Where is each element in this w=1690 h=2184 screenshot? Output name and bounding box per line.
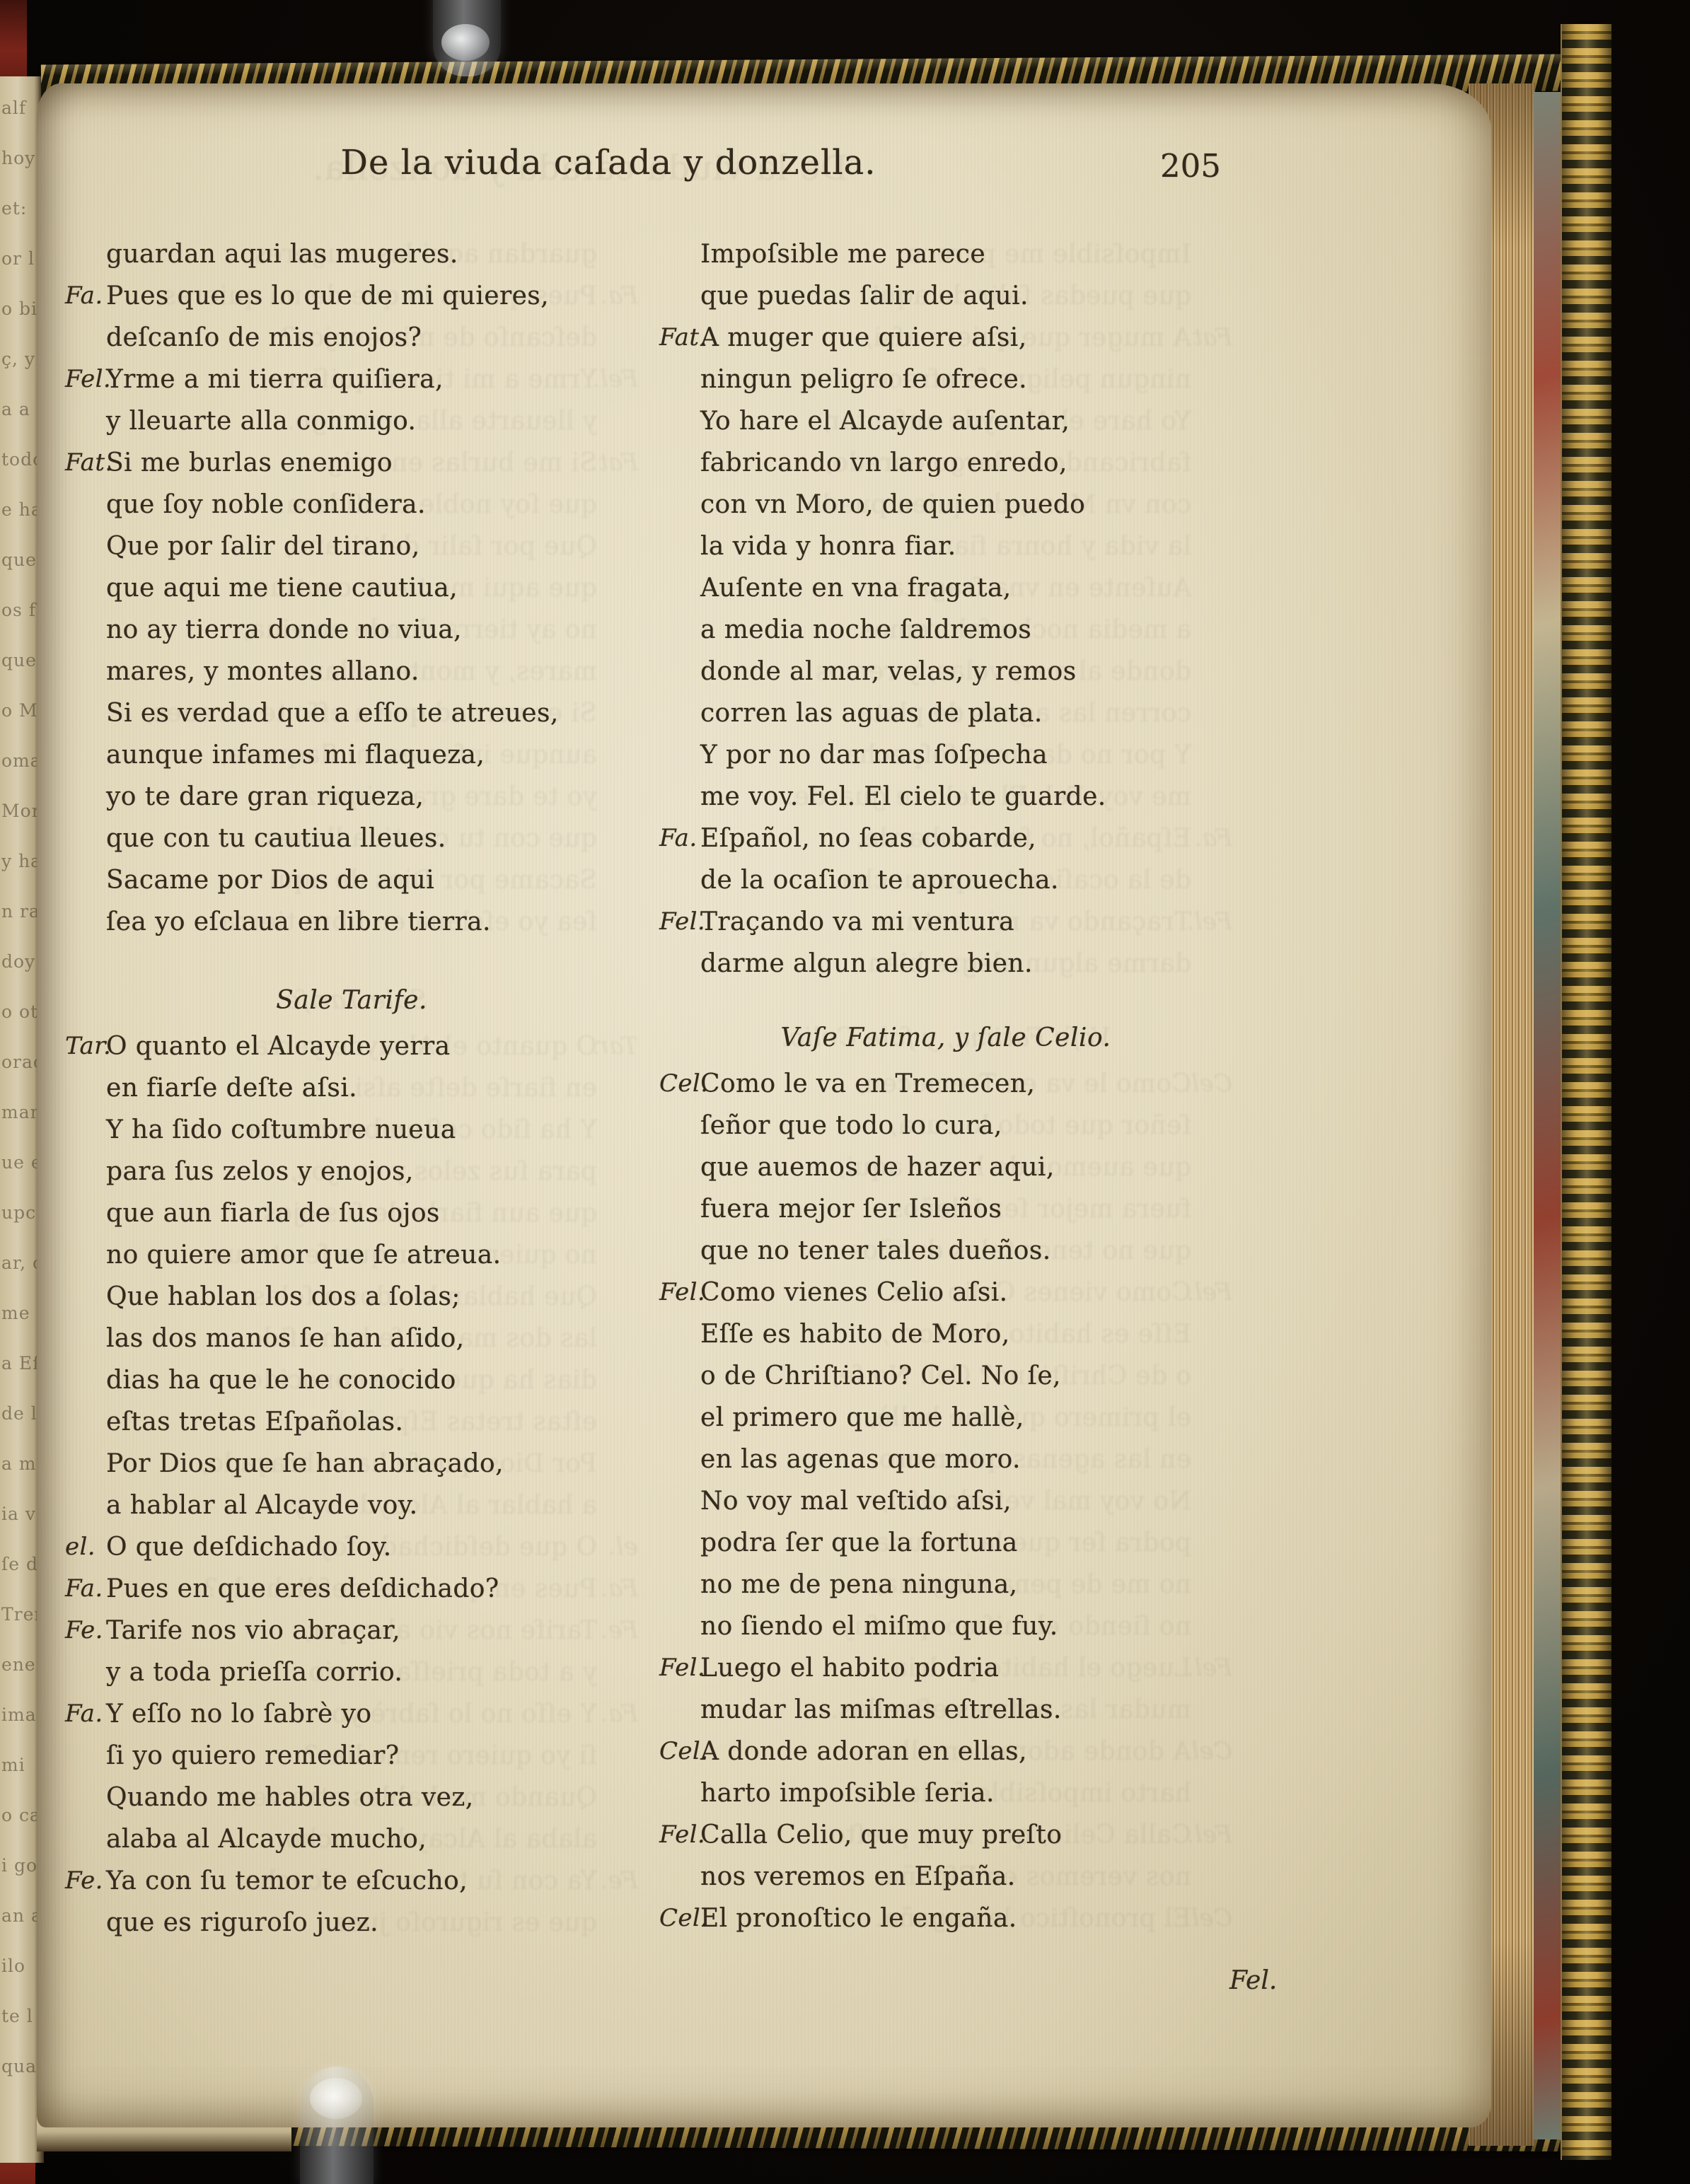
edge-fragment: de le [1,1403,41,1424]
book-strap-bottom [300,2067,374,2184]
verse-line: Fel.Luego el habito podria [659,1647,1232,1689]
edge-fragment: oraço [1,1052,41,1072]
verse-line: la vida y honra fiar. [659,525,1232,567]
verse-line: Sacame por Dios de aqui [65,859,638,901]
photographed-book-scene: { "document": { "kind": "early-printed-p… [0,0,1690,2184]
speaker-prefix: Fa. [659,818,698,859]
verse-line: corren las aguas de plata. [659,692,1232,734]
verse-line: podra ſer que la fortuna [659,1522,1232,1564]
verse-line: el.O que deſdichado ſoy. [65,1526,638,1568]
verse-line: Y ha ſido coſtumbre nueua [65,1109,638,1151]
verse-line: Tar.O quanto el Alcayde yerra [65,1026,638,1067]
verse-line: ſeñor que todo lo cura, [659,1105,1232,1146]
verse-line: en las agenas que moro. [659,1439,1232,1480]
verse-line: Fa.Pues en que eres deſdichado? [65,1568,638,1610]
verse-line: Yo hare el Alcayde auſentar, [659,400,1232,442]
edge-fragment: os fin [1,600,41,620]
verse-line: yo te dare gran riqueza, [65,776,638,818]
verse-line: Fa.Y eſſo no lo ſabrè yo [65,1693,638,1735]
edge-fragment: ſe di [1,1554,41,1574]
edge-fragment: a a lu [1,399,41,419]
verse-line: mudar las miſmas eſtrellas. [659,1689,1232,1731]
speaker-prefix: Fa. [65,1568,103,1610]
verse-line: que auemos de hazer aqui, [659,1146,1232,1188]
verse-line: que no tener tales dueños. [659,1230,1232,1272]
verse-line: las dos manos ſe han aſido, [65,1318,638,1359]
speaker-prefix: Cel. [659,1063,708,1105]
verse-line: que es riguroſo juez. [65,1902,638,1944]
edge-fragment: oma, y [1,750,41,771]
verse-line: nos veremos en Eſpaña. [659,1856,1232,1898]
stage-direction: Vaſe Fatima, y ſale Celio. [659,1017,1232,1059]
verse-line: eſtas tretas Eſpañolas. [65,1401,638,1443]
edge-fragment: alf [1,98,41,118]
edge-fragment: me e [1,1303,41,1323]
stage-direction: Sale Tarife. [65,980,638,1021]
edge-fragment: upcio [1,1202,41,1223]
verse-line: Quando me hables otra vez, [65,1777,638,1818]
speaker-prefix: Fel. [659,1647,705,1689]
gilt-border-right [1561,24,1611,2160]
verse-line: Por Dios que ſe han abraçado, [65,1443,638,1485]
verse-line: Cel.Como le va en Tremecen, [659,1063,1232,1105]
verse-line: no ſiendo el miſmo que fuy. [659,1605,1232,1647]
verse-line: Fel.Calla Celio, que muy preſto [659,1814,1232,1856]
verse-line: el primero que me hallè, [659,1397,1232,1439]
edge-fragment: ima ad [1,1704,41,1725]
speaker-prefix: Fe. [65,1610,103,1651]
speaker-prefix: Fel. [65,359,111,400]
speaker-prefix: Fe. [65,1860,103,1902]
verse-line: Fel.Como vienes Celio aſsi. [659,1272,1232,1313]
verse-line: en fiarſe deſte aſsi. [65,1067,638,1109]
edge-fragment: i goz [1,1855,41,1876]
speaker-prefix: Fel. [659,1814,705,1856]
catchword: Fel. [1229,1966,1277,1995]
verse-line: No voy mal veſtido aſsi, [659,1480,1232,1522]
edge-fragment: ç, y c [1,349,41,369]
page-number: 205 [1160,147,1221,185]
strap-clip-highlight [441,24,490,61]
verse-line: no me de pena ninguna, [659,1564,1232,1605]
strap-clip-highlight [310,2078,362,2119]
verse-line: ſi yo quiero remediar? [65,1735,638,1777]
verse-line: dias ha que le he conocido [65,1359,638,1401]
verse-line: Fel.Traçando va mi ventura [659,901,1232,943]
speaker-prefix: Fel. [659,1272,705,1313]
verse-line: Fat.Si me burlas enemigo [65,442,638,484]
edge-fragment: an ard [1,1905,41,1926]
verse-line: Cel.A donde adoran en ellas, [659,1731,1232,1772]
verse-line: Que por ſalir del tirano, [65,525,638,567]
verse-line: Cel.El pronoſtico le engaña. [659,1898,1232,1939]
edge-fragment: a mi [1,1453,41,1474]
verse-line: Fel.Yrme a mi tierra quiſiera, [65,359,638,400]
verse-line: a hablar al Alcayde voy. [65,1485,638,1526]
edge-fragment: mi [1,1755,41,1775]
speaker-prefix: Tar. [65,1026,111,1067]
edge-fragment: mano [1,1102,41,1122]
edge-fragment: Moro [1,801,41,821]
verse-line: para ſus zelos y enojos, [65,1151,638,1192]
verse-line: fabricando vn largo enredo, [659,442,1232,484]
verse-line: Fe.Tarife nos vio abraçar, [65,1610,638,1651]
verse-line: Impoſsible me parece [659,233,1232,275]
verse-line: que ſoy noble conſidera. [65,484,638,525]
edge-fragment: doy ca [1,951,41,972]
verse-line: ſea yo eſclaua en libre tierra. [65,901,638,943]
edge-fragment: hoy [1,148,41,168]
speaker-prefix: Cel. [659,1898,708,1939]
verse-line: o de Chriſtiano? Cel. No ſe, [659,1355,1232,1397]
edge-fragment: quant [1,2056,41,2076]
edge-fragment: o bie [1,298,41,319]
edge-fragment: enemig [1,1654,41,1675]
edge-fragment: ar, o [1,1253,41,1273]
verse-line: Eſſe es habito de Moro, [659,1313,1232,1355]
edge-fragment: ilo [1,1956,41,1976]
verse-line: alaba al Alcayde mucho, [65,1818,638,1860]
verse-line: Fa.Eſpañol, no ſeas cobarde, [659,818,1232,859]
speaker-prefix: Fel. [659,901,705,943]
edge-fragment: o otra [1,1001,41,1022]
edge-fragment: n rato [1,901,41,922]
verse-line: deſcanſo de mis enojos? [65,317,638,359]
speaker-prefix: Fa. [65,275,103,317]
running-title: De la viuda caſada y donzella. [255,143,962,182]
speaker-prefix: Fa. [65,1693,103,1735]
edge-fragment: or l [1,248,41,269]
verse-line: darme algun alegre bien. [659,943,1232,984]
edge-fragment: o Mor [1,700,41,721]
edge-fragment: y hab [1,851,41,871]
verse-line: mares, y montes allano. [65,651,638,692]
speaker-prefix: Fat. [659,317,707,359]
verse-line: no ay tierra donde no viua, [65,609,638,651]
column-left: guardan aqui las mugeres.Fa.Pues que es … [65,233,638,1944]
edge-fragment: e haz [1,499,41,520]
verse-line: aunque infames mi flaqueza, [65,734,638,776]
verse-line: de la ocaſion te aprouecha. [659,859,1232,901]
verse-line: que con tu cautiua lleues. [65,818,638,859]
column-right: Impoſsible me pareceque puedas ſalir de … [659,233,1232,1939]
book-page: De la viuda caſada y donzella. 205 guard… [37,83,1491,2127]
edge-fragment: a Eſ [1,1353,41,1373]
verse-line: ningun peligro ſe ofrece. [659,359,1232,400]
verse-line: Que hablan los dos a ſolas; [65,1276,638,1318]
verse-line: harto impoſsible ſeria. [659,1772,1232,1814]
verse-line: a media noche ſaldremos [659,609,1232,651]
edge-fragment: que el [1,650,41,670]
edge-fragment: ue es [1,1152,41,1173]
edge-fragment: Tremec [1,1604,41,1625]
edge-fragment: et: [1,198,41,219]
verse-line: fuera mejor ſer Isleños [659,1188,1232,1230]
verse-line: y a toda prieſſa corrio. [65,1651,638,1693]
verse-line: y lleuarte alla conmigo. [65,400,638,442]
verse-line: Fat.A muger que quiere aſsi, [659,317,1232,359]
verse-line: me voy. Fel. El cielo te guarde. [659,776,1232,818]
edge-fragment: te l [1,2006,41,2026]
line-gap [659,984,1232,1017]
verse-line: Fe.Ya con ſu temor te eſcucho, [65,1860,638,1902]
verse-line: Y por no dar mas ſoſpecha [659,734,1232,776]
verse-line: Auſente en vna fragata, [659,567,1232,609]
line-gap [65,943,638,980]
speaker-prefix: Cel. [659,1731,708,1772]
edge-fragment: ia ve [1,1504,41,1524]
verse-line: donde al mar, velas, y remos [659,651,1232,692]
verse-line: no quiere amor que ſe atreua. [65,1234,638,1276]
edge-fragment: que ha [1,550,41,570]
speaker-prefix: el. [65,1526,96,1568]
verse-line: guardan aqui las mugeres. [65,233,638,275]
edge-fragment: todo d [1,449,41,470]
verse-line: que puedas ſalir de aqui. [659,275,1232,317]
speaker-prefix: Fat. [65,442,113,484]
marbled-paper-edge [1534,92,1562,2139]
verse-line: que aun fiarla de ſus ojos [65,1192,638,1234]
verse-line: con vn Moro, de quien puedo [659,484,1232,525]
verse-line: Fa.Pues que es lo que de mi quieres, [65,275,638,317]
verse-line: que aqui me tiene cautiua, [65,567,638,609]
book-strap-top [433,0,501,76]
verse-line: Si es verdad que a eſſo te atreues, [65,692,638,734]
edge-fragment: o call [1,1805,41,1825]
